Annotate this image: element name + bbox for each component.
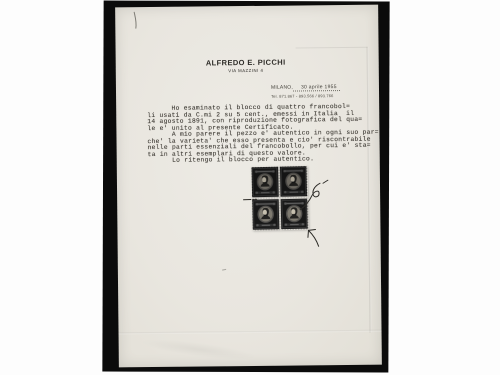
dateline: MILANO,30 aprile 1955 Tel. 871.867 - 893…: [271, 84, 340, 98]
pencil-dot: [222, 266, 227, 271]
body-line: Lo ritengo il blocco per autentico.: [148, 156, 376, 165]
pencil-mark: [131, 11, 141, 31]
letterhead: ALFREDO E. PICCHI VIA MAZZINI 4: [191, 57, 301, 73]
certificate-paper: ALFREDO E. PICCHI VIA MAZZINI 4 MILANO,3…: [115, 5, 382, 368]
paper-crease-horizontal: [296, 47, 368, 49]
pen-arrow-mark: [303, 225, 325, 249]
letterhead-name: ALFREDO E. PICCHI: [191, 57, 301, 67]
pen-squiggle-mark: [299, 178, 331, 216]
paper-fold-line: [119, 330, 382, 335]
certificate-body: Ho esaminato il blocco di quattro franco…: [147, 104, 376, 165]
screenshot-stage: ALFREDO E. PICCHI VIA MAZZINI 4 MILANO,3…: [0, 0, 500, 375]
paper-smudge: [138, 335, 259, 364]
dateline-phone: Tel. 871.867 - 893.566 / 893.766: [271, 93, 340, 99]
dateline-date: 30 aprile 1955: [293, 84, 340, 91]
auction-photo-frame: ALFREDO E. PICCHI VIA MAZZINI 4 MILANO,3…: [102, 1, 389, 373]
letterhead-address: VIA MAZZINI 4: [191, 67, 301, 73]
dateline-city: MILANO,: [271, 85, 293, 91]
paper-crease-vertical: [367, 47, 372, 333]
